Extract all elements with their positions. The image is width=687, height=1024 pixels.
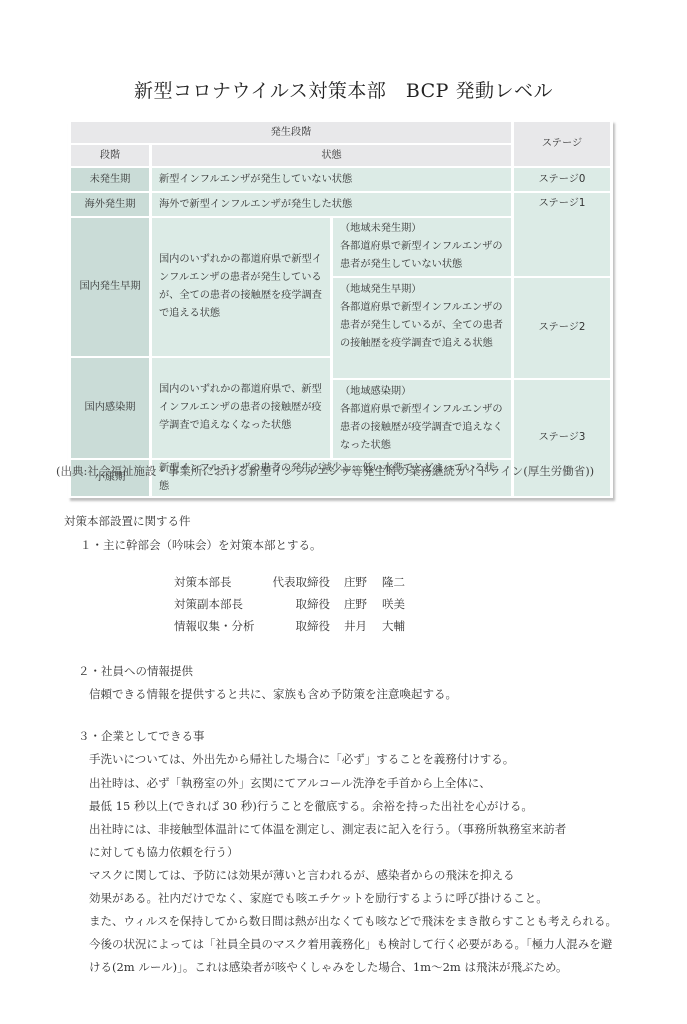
member-last-name: 井月	[344, 618, 382, 640]
regional-title: （地域発生早期）	[340, 281, 504, 299]
regional-title: （地域未発生期）	[340, 220, 504, 238]
item3-line: 出社時には、非接触型体温計にて体温を測定し、測定表に記入を行う。（事務所執務室来…	[89, 821, 566, 837]
member-role: 情報収集・分析	[174, 618, 262, 640]
item1-heading: １・主に幹部会（吟味会）を対策本部とする。	[80, 537, 322, 553]
header-stage: ステージ	[514, 122, 610, 166]
state-cell: 国内のいずれかの都道府県で新型インフルエンザの患者が発生しているが、全ての患者の…	[152, 218, 330, 356]
phase-label: 国内発生早期	[71, 218, 149, 356]
bcp-level-table: 発生段階 ステージ 段階 状態 未発生期 新型インフルエンザが発生していない状態…	[68, 120, 613, 498]
item3-line: ける(2m ルール)」。これは感染者が咳やくしゃみをした場合、1m～2m は飛沫…	[89, 959, 568, 975]
member-first-name: 隆二	[382, 574, 422, 596]
member-role: 対策本部長	[174, 574, 262, 596]
section-heading: 対策本部設置に関する件	[64, 513, 191, 529]
item3-line: 手洗いについては、外出先から帰社した場合に「必ず」することを義務付けする。	[89, 751, 514, 767]
state-cell: 海外で新型インフルエンザが発生した状態	[152, 193, 511, 216]
stage-cell: ステージ2	[514, 278, 610, 378]
item3-line: 効果がある。社内だけでなく、家庭でも咳エチケットを励行するように呼び掛けること。	[89, 890, 548, 906]
item2-text: 信頼できる情報を提供すると共に、家族も含め予防策を注意喚起する。	[89, 686, 457, 702]
item3-line: マスクに関しては、予防には効果が薄いと言われるが、感染者からの飛沫を抑える	[89, 867, 515, 883]
stage-cell: ステージ0	[514, 168, 610, 191]
phase-label: 海外発生期	[71, 193, 149, 216]
member-position: 取締役	[262, 596, 344, 618]
state-cell: 国内のいずれかの都道府県で、新型インフルエンザの患者の接触歴が疫学調査で追えなく…	[152, 358, 330, 458]
phase-label: 未発生期	[71, 168, 149, 191]
state-cell: 新型インフルエンザが発生していない状態	[152, 168, 511, 191]
member-first-name: 大輔	[382, 618, 422, 640]
stage-cell: ステージ1	[514, 193, 610, 276]
regional-cell: （地域未発生期） 各都道府県で新型インフルエンザの患者が発生していない状態	[333, 218, 511, 276]
member-last-name: 庄野	[344, 574, 382, 596]
item3-line: また、ウィルスを保持してから数日間は熱が出なくても咳などで飛沫をまき散らすことも…	[89, 913, 617, 929]
regional-cell: （地域感染期） 各都道府県で新型インフルエンザの患者の接触歴が疫学調査で追えなく…	[333, 380, 511, 458]
regional-text: 各都道府県で新型インフルエンザの患者が発生しているが、全ての患者の接触歴を疫学調…	[340, 299, 504, 353]
item3-line: 最低 15 秒以上(できれば 30 秒)行うことを徹底する。余裕を持った出社を心…	[89, 798, 533, 814]
header-group: 発生段階	[71, 122, 511, 143]
citation: (出典:社会福祉施設・事業所における新型インフルエンザ等発生時の業務継続ガイドラ…	[56, 463, 594, 479]
item2-heading: ２・社員への情報提供	[78, 663, 193, 679]
item3-heading: ３・企業としてできる事	[78, 728, 205, 744]
page-title: 新型コロナウイルス対策本部 BCP 発動レベル	[0, 76, 687, 103]
regional-text: 各都道府県で新型インフルエンザの患者が発生していない状態	[340, 238, 504, 274]
member-position: 取締役	[262, 618, 344, 640]
item3-line: 出社時は、必ず「執務室の外」玄関にてアルコール洗浄を手首から上全体に、	[89, 775, 491, 791]
item3-line: 今後の状況によっては「社員全員のマスク着用義務化」も検討して行く必要がある。「極…	[89, 936, 612, 952]
regional-title: （地域感染期）	[340, 383, 504, 401]
phase-label: 国内感染期	[71, 358, 149, 458]
item3-line: に対しても協力依頼を行う）	[89, 844, 239, 860]
header-phase: 段階	[71, 145, 149, 166]
member-role: 対策副本部長	[174, 596, 262, 618]
regional-text: 各都道府県で新型インフルエンザの患者の接触歴が疫学調査で追えなくなった状態	[340, 401, 504, 455]
member-row: 情報収集・分析 取締役 井月 大輔	[174, 618, 422, 640]
member-first-name: 咲美	[382, 596, 422, 618]
member-last-name: 庄野	[344, 596, 382, 618]
member-list: 対策本部長 代表取締役 庄野 隆二 対策副本部長 取締役 庄野 咲美 情報収集・…	[174, 574, 422, 640]
regional-cell: （地域発生早期） 各都道府県で新型インフルエンザの患者が発生しているが、全ての患…	[333, 278, 511, 378]
header-state: 状態	[152, 145, 511, 166]
member-row: 対策本部長 代表取締役 庄野 隆二	[174, 574, 422, 596]
member-row: 対策副本部長 取締役 庄野 咲美	[174, 596, 422, 618]
member-position: 代表取締役	[262, 574, 344, 596]
